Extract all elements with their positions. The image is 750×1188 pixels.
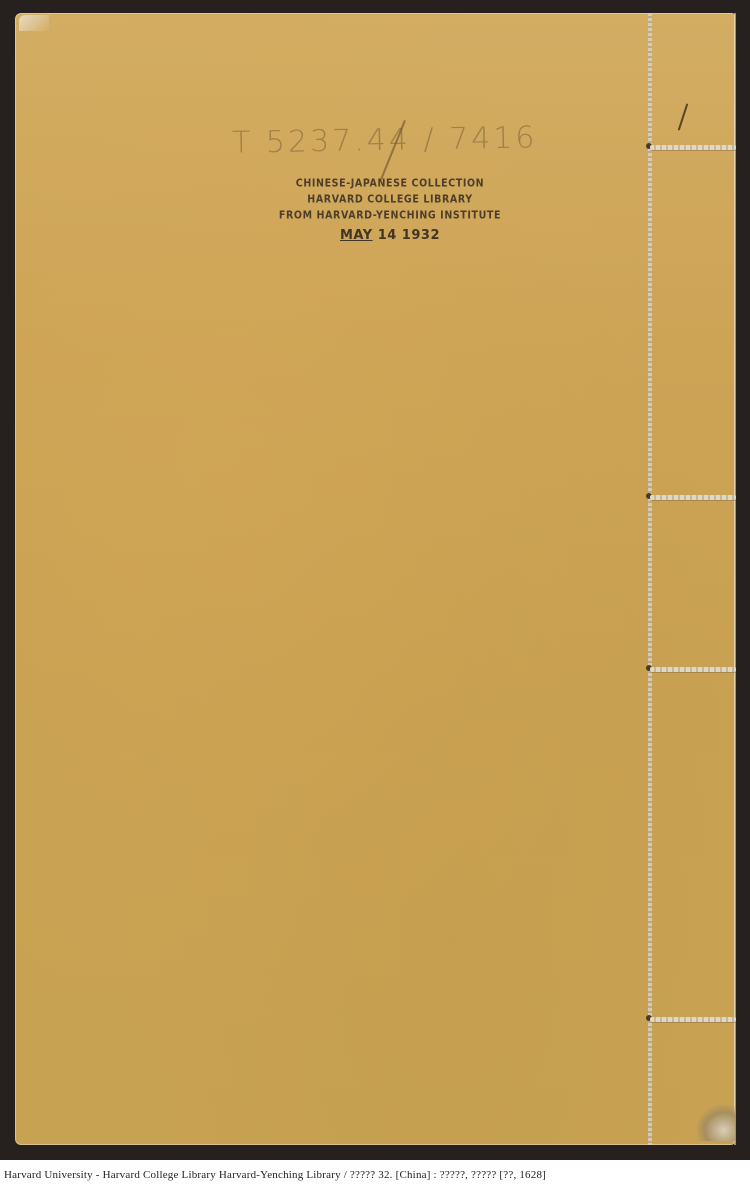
binding-stitch [650, 667, 736, 672]
stamp-date: MAY 14 1932 [230, 228, 550, 243]
corner-wear [19, 15, 49, 31]
binding-stitch [650, 1017, 736, 1022]
stamp-line-3: FROM HARVARD-YENCHING INSTITUTE [230, 207, 550, 225]
footer-caption: Harvard University - Harvard College Lib… [4, 1169, 546, 1181]
stamp-date-month: MAY [340, 228, 373, 243]
scan-image: T 5237.44 / 7416 CHINESE-JAPANESE COLLEC… [0, 0, 750, 1160]
binding-stitch [650, 145, 736, 150]
binding-edge [734, 13, 736, 1145]
stamp-date-rest: 14 1932 [378, 228, 440, 243]
binding-thread-vertical [648, 13, 652, 1145]
corner-damage [697, 1105, 735, 1141]
margin-mark [678, 103, 689, 130]
library-stamp: CHINESE-JAPANESE COLLECTION HARVARD COLL… [230, 176, 550, 243]
handwritten-shelfmark: T 5237.44 / 7416 [232, 120, 538, 160]
binding-stitch [650, 495, 736, 500]
footer: Harvard University - Harvard College Lib… [0, 1160, 750, 1188]
